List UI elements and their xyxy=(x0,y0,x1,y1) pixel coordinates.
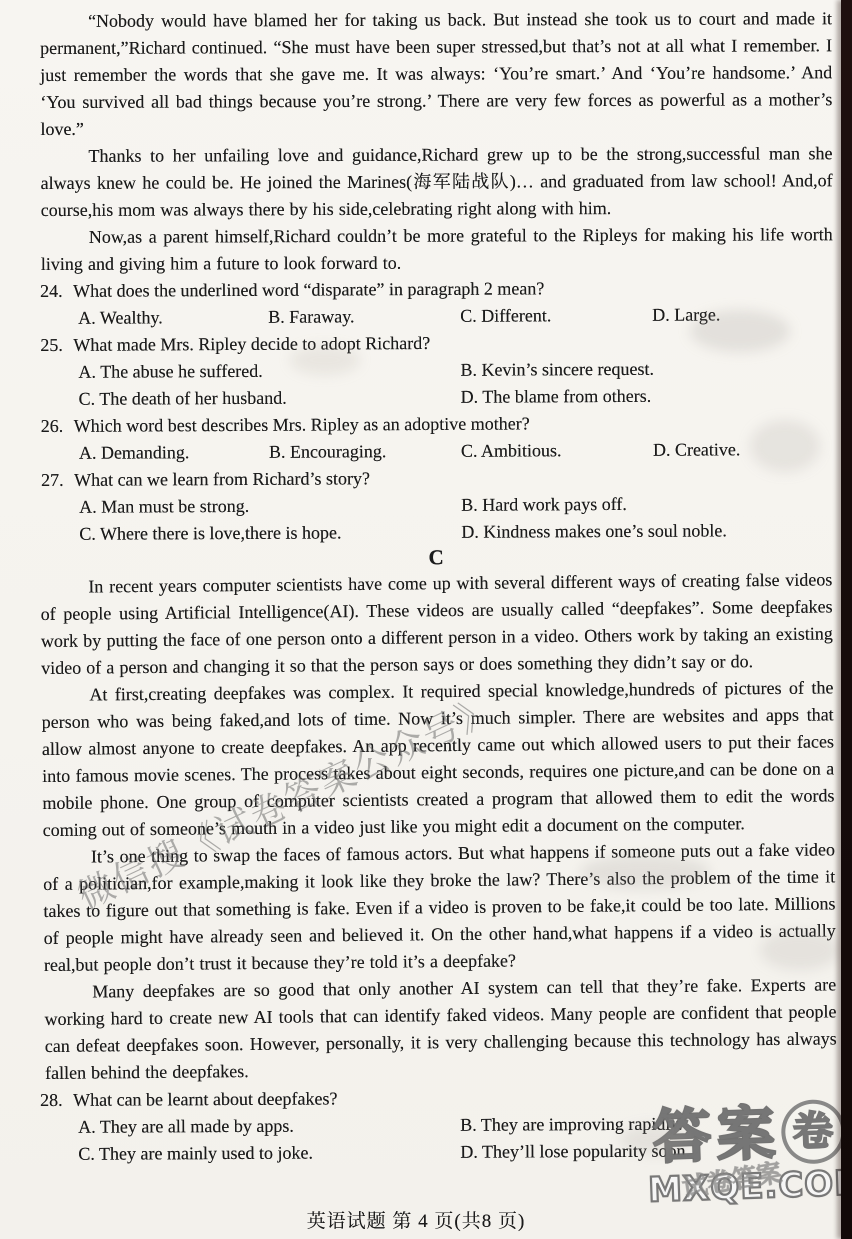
question-28-options: A. They are all made by apps. B. They ar… xyxy=(40,1110,832,1168)
question-26-number: 26. xyxy=(41,413,74,440)
question-28: 28.What can be learnt about deepfakes? A… xyxy=(40,1083,832,1168)
question-24-option-d: D. Large. xyxy=(652,301,832,329)
passage-c-paragraph-3: It’s one thing to swap the faces of famo… xyxy=(43,836,836,979)
question-24-options: A. Wealthy. B. Faraway. C. Different. D.… xyxy=(40,301,832,332)
question-28-text: What can be learnt about deepfakes? xyxy=(73,1088,337,1109)
question-25-line: 25.What made Mrs. Ripley decide to adopt… xyxy=(40,328,832,359)
watermark-site-url: MXQE.COM xyxy=(648,1170,852,1204)
question-28-line: 28.What can be learnt about deepfakes? xyxy=(40,1083,832,1114)
passage-c-paragraph-1: In recent years computer scientists have… xyxy=(40,566,833,682)
question-27-line: 27.What can we learn from Richard’s stor… xyxy=(41,463,833,494)
question-24-line: 24.What does the underlined word “dispar… xyxy=(40,274,832,305)
question-28-option-d: D. They’ll lose popularity soon. xyxy=(460,1137,832,1166)
question-25-option-b: B. Kevin’s sincere request. xyxy=(460,355,832,384)
question-26-option-d: D. Creative. xyxy=(653,436,833,464)
question-28-option-a: A. They are all made by apps. xyxy=(78,1112,460,1141)
question-26-option-b: B. Encouraging. xyxy=(269,438,461,466)
question-24-option-c: C. Different. xyxy=(460,302,652,330)
question-28-section: 28.What can be learnt about deepfakes? A… xyxy=(40,1083,832,1168)
question-27-option-c: C. Where there is love,there is hope. xyxy=(79,519,461,548)
question-26-options: A. Demanding. B. Encouraging. C. Ambitio… xyxy=(41,436,833,467)
question-25-option-d: D. The blame from others. xyxy=(461,382,833,411)
question-25-option-a: A. The abuse he suffered. xyxy=(78,357,460,386)
passage-b-paragraph-1: “Nobody would have blamed her for taking… xyxy=(40,5,832,143)
question-28-option-c: C. They are mainly used to joke. xyxy=(78,1139,460,1168)
passage-c-paragraph-2: At first,creating deepfakes was complex.… xyxy=(41,674,835,844)
question-26-option-c: C. Ambitious. xyxy=(461,437,653,465)
question-27-options: A. Man must be strong. B. Hard work pays… xyxy=(41,490,833,548)
question-28-number: 28. xyxy=(40,1087,73,1114)
passage-c-paragraph-4: Many deepfakes are so good that only ano… xyxy=(44,971,837,1087)
question-27-text: What can we learn from Richard’s story? xyxy=(74,468,370,490)
question-26-option-a: A. Demanding. xyxy=(79,439,269,467)
page-content: “Nobody would have blamed her for taking… xyxy=(40,8,832,1168)
question-25: 25.What made Mrs. Ripley decide to adopt… xyxy=(40,328,832,413)
page-footer: 英语试题 第 4 页(共8 页) xyxy=(0,1208,832,1235)
passage-b-paragraph-3: Now,as a parent himself,Richard couldn’t… xyxy=(41,221,833,278)
passage-b-paragraph-2: Thanks to her unfailing love and guidanc… xyxy=(40,140,832,224)
question-28-option-b: B. They are improving rapidly. xyxy=(460,1110,832,1139)
question-25-text: What made Mrs. Ripley decide to adopt Ri… xyxy=(73,333,430,355)
question-24-text: What does the underlined word “disparate… xyxy=(73,278,544,300)
question-27-option-a: A. Man must be strong. xyxy=(79,492,461,521)
question-27: 27.What can we learn from Richard’s stor… xyxy=(41,463,833,548)
scanner-edge-band xyxy=(841,0,852,1239)
question-27-number: 27. xyxy=(41,467,74,494)
question-25-option-c: C. The death of her husband. xyxy=(79,384,461,413)
question-24: 24.What does the underlined word “dispar… xyxy=(40,274,832,332)
question-24-option-a: A. Wealthy. xyxy=(78,304,268,332)
questions-24-27: 24.What does the underlined word “dispar… xyxy=(40,274,833,548)
question-24-number: 24. xyxy=(40,278,73,305)
question-27-option-b: B. Hard work pays off. xyxy=(461,490,833,519)
scanned-exam-page: “Nobody would have blamed her for taking… xyxy=(0,0,852,1239)
question-26-text: Which word best describes Mrs. Ripley as… xyxy=(74,413,530,435)
question-25-options: A. The abuse he suffered. B. Kevin’s sin… xyxy=(40,355,832,413)
question-26-line: 26.Which word best describes Mrs. Ripley… xyxy=(41,409,833,440)
passage-c: C In recent years computer scientists ha… xyxy=(40,540,837,1087)
question-25-number: 25. xyxy=(40,332,73,359)
passage-b: “Nobody would have blamed her for taking… xyxy=(40,5,833,278)
question-24-option-b: B. Faraway. xyxy=(268,303,460,331)
question-26: 26.Which word best describes Mrs. Ripley… xyxy=(41,409,833,467)
